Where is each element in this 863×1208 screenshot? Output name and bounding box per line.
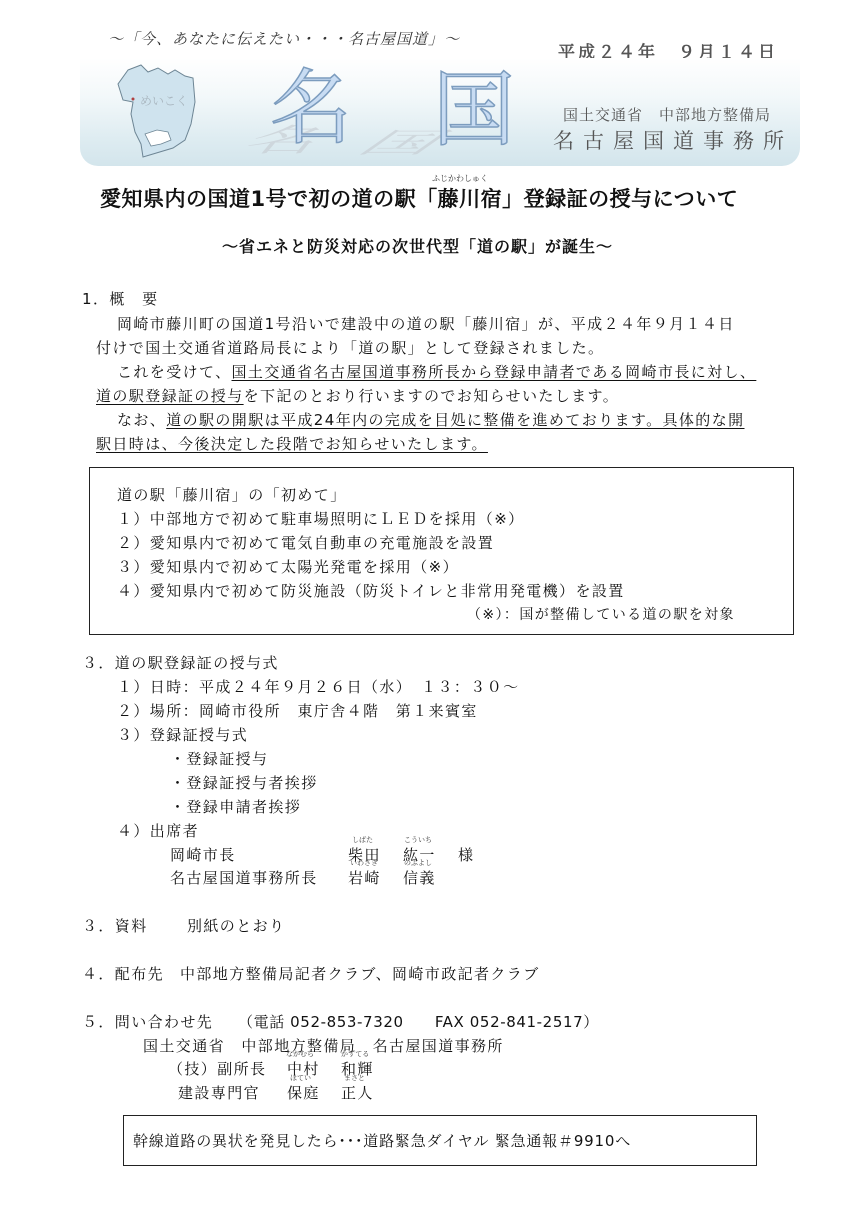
para2-prefix: これを受けて、 <box>117 363 232 381</box>
firsts-item-4: ４）愛知県内で初めて防災施設（防災トイレと非常用発電機）を設置 <box>117 580 625 601</box>
materials-label: ３．資料 <box>82 915 148 936</box>
firsts-note: （※）：国が整備している道の駅を対象 <box>467 604 735 624</box>
logo-char-koku: 国 <box>433 70 515 152</box>
ceremony-datetime: １）日時：平成２４年９月２６日（水） １３：３０～ <box>117 676 520 697</box>
section1-para2-line2: 道の駅登録証の授与を下記のとおり行いますのでお知らせいたします。 <box>96 385 619 406</box>
document-subtitle: ～省エネと防災対応の次世代型「道の駅」が誕生～ <box>222 234 613 257</box>
ceremony-item-2: ・登録証授与者挨拶 <box>170 772 318 793</box>
ceremony-item-3: ・登録申請者挨拶 <box>170 796 301 817</box>
section1-line1: 岡崎市藤川町の国道1号沿いで建設中の道の駅「藤川宿」が、平成２４年９月１４日 <box>117 313 735 334</box>
emergency-dial-text: 幹線道路の異状を発見したら･･･道路緊急ダイヤル 緊急通報＃9910へ <box>133 1130 631 1151</box>
aichi-map-icon <box>113 62 208 162</box>
para2-line2-rest: を下記のとおり行いますのでお知らせいたします。 <box>244 387 620 405</box>
ceremony-place: ２）場所：岡崎市役所 東庁舎４階 第１来賓室 <box>117 700 478 721</box>
firsts-heading: 道の駅「藤川宿」の「初めて」 <box>117 484 347 505</box>
contact-organization: 国土交通省 中部地方整備局 名古屋国道事務所 <box>143 1035 504 1056</box>
logo-char-mei: 名 <box>270 68 352 150</box>
section1-line2: 付けで国土交通省道路局長により「道の駅」として登録されました。 <box>96 337 604 358</box>
attendee-2-surname: 岩崎 <box>348 867 381 888</box>
firsts-item-3: ３）愛知県内で初めて太陽光発電を採用（※） <box>117 556 459 577</box>
section3-heading: ３．道の駅登録証の授与式 <box>82 652 279 673</box>
section1-para2-line1: これを受けて、国土交通省名古屋国道事務所長から登録申請者である岡崎市長に対し、 <box>117 361 756 382</box>
attendees-heading: ４）出席者 <box>117 820 199 841</box>
section1-para3-line1: なお、道の駅の開駅は平成24年内の完成を目処に整備を進めております。具体的な開 <box>117 409 745 430</box>
attendee-1-honorific: 様 <box>458 844 474 865</box>
header-tagline: ～「今、あなたに伝えたい・・・名古屋国道」～ <box>108 28 460 49</box>
contact-1-role: （技）副所長 <box>168 1058 266 1079</box>
distribution-value: 中部地方整備局記者クラブ、岡崎市政記者クラブ <box>180 963 540 984</box>
section1-para3-line2: 駅日時は、今後決定した段階でお知らせいたします。 <box>96 433 488 454</box>
distribution-label: ４．配布先 <box>82 963 164 984</box>
ceremony-item-1: ・登録証授与 <box>170 748 268 769</box>
para2-line2-underlined: 道の駅登録証の授与 <box>96 387 244 405</box>
para3-line2-underlined: 駅日時は、今後決定した段階でお知らせいたします。 <box>96 435 488 453</box>
agency-office: 名古屋国道事務所 <box>553 125 793 155</box>
firsts-item-2: ２）愛知県内で初めて電気自動車の充電施設を設置 <box>117 532 494 553</box>
contact-phone-fax: （電話 052-853-7320 FAX 052-841-2517） <box>238 1011 599 1032</box>
contact-2-given: 正人 <box>341 1082 374 1103</box>
materials-value: 別紙のとおり <box>187 915 285 936</box>
contact-2-surname: 保庭 <box>287 1082 320 1103</box>
para2-underlined: 国土交通省名古屋国道事務所長から登録申請者である岡崎市長に対し、 <box>232 363 757 381</box>
contact-2-role: 建設専門官 <box>178 1082 260 1103</box>
section1-heading: 1．概 要 <box>82 288 159 309</box>
para3-underlined: 道の駅の開駅は平成24年内の完成を目処に整備を進めております。具体的な開 <box>166 411 744 429</box>
attendee-1-role: 岡崎市長 <box>170 844 236 865</box>
agency-ministry: 国土交通省 中部地方整備局 <box>563 104 771 125</box>
attendee-2-given: 信義 <box>403 867 436 888</box>
contact-label: ５．問い合わせ先 <box>82 1011 213 1032</box>
document-title: 愛知県内の国道1号で初の道の駅「藤川宿」登録証の授与について <box>100 183 738 213</box>
firsts-item-1: １）中部地方で初めて駐車場照明にＬＥＤを採用（※） <box>117 508 525 529</box>
ceremony-program-heading: ３）登録証授与式 <box>117 724 248 745</box>
attendee-2-role: 名古屋国道事務所長 <box>170 867 318 888</box>
map-label: めいこく <box>140 92 188 109</box>
para3-prefix: なお、 <box>117 411 166 429</box>
